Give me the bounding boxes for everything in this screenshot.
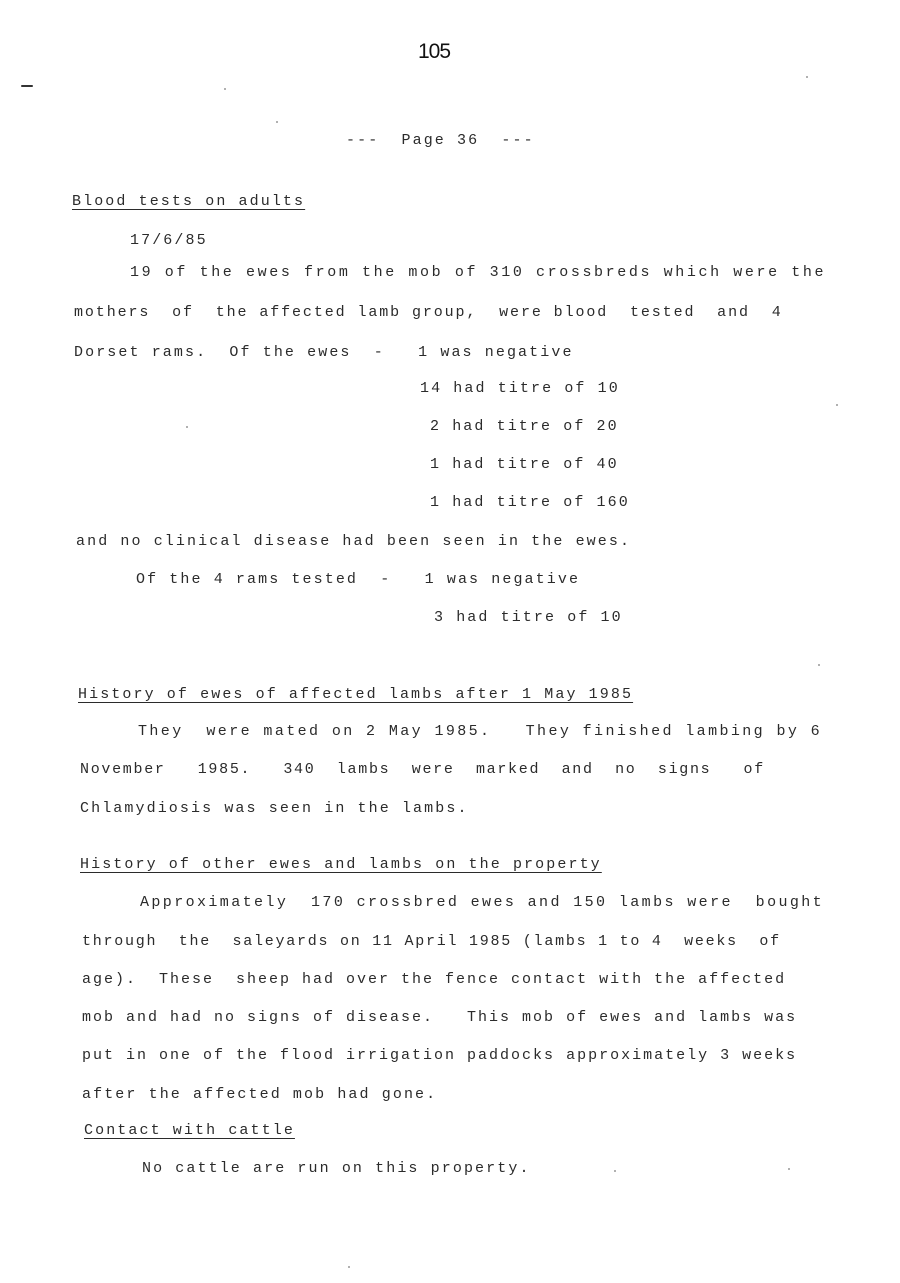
scan-speck [186, 426, 188, 428]
titre-line: 14 had titre of 10 [420, 380, 620, 397]
section-heading-blood-tests: Blood tests on adults [72, 193, 305, 210]
text-line: through the saleyards on 11 April 1985 (… [82, 933, 781, 950]
titre-line: 1 had titre of 160 [430, 494, 630, 511]
text-line: They were mated on 2 May 1985. They fini… [138, 723, 822, 740]
text-line: Dorset rams. Of the ewes - 1 was negativ… [74, 344, 574, 361]
text-line: November 1985. 340 lambs were marked and… [80, 761, 765, 778]
text-line: put in one of the flood irrigation paddo… [82, 1047, 797, 1064]
text-line: mothers of the affected lamb group, were… [74, 304, 783, 321]
titre-line: 3 had titre of 10 [434, 609, 623, 626]
scan-mark [21, 85, 33, 87]
text-line: No cattle are run on this property. [142, 1160, 531, 1177]
scan-speck [348, 1266, 350, 1268]
page-header: --- Page 36 --- [346, 132, 535, 149]
text-line: Approximately 170 crossbred ewes and 150… [140, 894, 824, 911]
text-line: 17/6/85 [130, 232, 208, 249]
text-line: Chlamydiosis was seen in the lambs. [80, 800, 469, 817]
text-line: age). These sheep had over the fence con… [82, 971, 786, 988]
page-number: 105 [418, 40, 450, 64]
text-line: 19 of the ewes from the mob of 310 cross… [130, 264, 826, 281]
text-line: and no clinical disease had been seen in… [76, 533, 631, 550]
text-line: Of the 4 rams tested - 1 was negative [136, 571, 580, 588]
section-heading-other-ewes: History of other ewes and lambs on the p… [80, 856, 602, 873]
scan-speck [818, 664, 820, 666]
titre-line: 1 had titre of 40 [430, 456, 619, 473]
section-heading-history-ewes: History of ewes of affected lambs after … [78, 686, 633, 703]
text-line: mob and had no signs of disease. This mo… [82, 1009, 797, 1026]
scan-speck [806, 76, 808, 78]
scan-speck [276, 121, 278, 123]
titre-line: 2 had titre of 20 [430, 418, 619, 435]
scan-speck [614, 1170, 616, 1172]
section-heading-contact-cattle: Contact with cattle [84, 1122, 295, 1139]
scan-speck [788, 1168, 790, 1170]
scan-speck [224, 88, 226, 90]
text-line: after the affected mob had gone. [82, 1086, 437, 1103]
scan-speck [836, 404, 838, 406]
